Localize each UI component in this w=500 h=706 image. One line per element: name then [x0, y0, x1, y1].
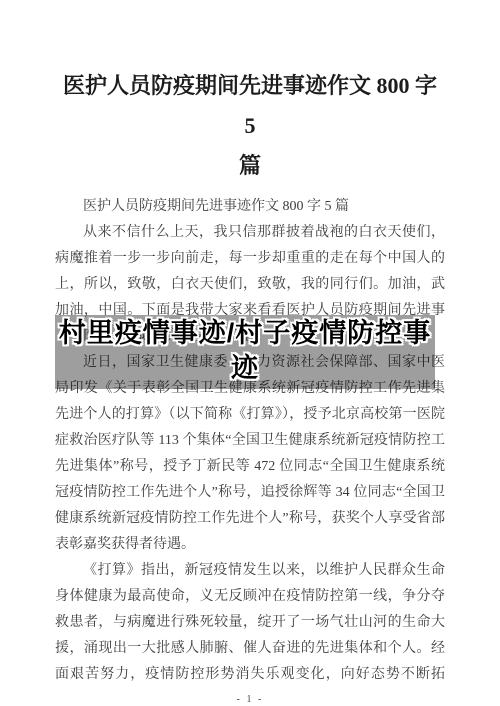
overlay-ad-text-line2: 迹: [55, 351, 435, 386]
doc-line: 医护人员防疫期间先进事迹作文 800 字 5 篇: [55, 194, 445, 220]
title-line: 医护人员防疫期间先进事迹作文 800 字 5: [55, 66, 445, 146]
doc-line: 援，涌现出一大批感人肺腑、催人奋进的先进集体和个人。经各方: [55, 636, 445, 662]
doc-line: 从来不信什么上天，我只信那群披着战袍的白衣天使们，他们被: [55, 220, 445, 246]
overlay-ad-banner[interactable]: 村里疫情事迹/村子疫情防控事 迹: [55, 315, 435, 389]
doc-line: 先进个人的打算》（以下简称《打算》），授予北京高校第一医院重: [55, 402, 445, 428]
doc-line: 先进集体”称号，授予丁新民等 472 位同志“全国卫生健康系统新: [55, 454, 445, 480]
doc-line: 病魔推着一步一步向前走，每一步却重重的走在每个中国人的心: [55, 246, 445, 272]
doc-line: 症救治医疗队等 113 个集体“全国卫生健康系统新冠疫情防控工作: [55, 428, 445, 454]
doc-line: 面艰苦努力，疫情防控形势消失乐观变化，向好态势不断拓展。: [55, 662, 445, 688]
doc-line: 冠疫情防控工作先进个人”称号，追授徐辉等 34 位同志“全国卫生: [55, 480, 445, 506]
overlay-ad-text-line1: 村里疫情事迹/村子疫情防控事: [55, 316, 435, 351]
doc-line: 健康系统新冠疫情防控工作先进个人”称号，获奖个人享受省部级: [55, 506, 445, 532]
doc-line: 《打算》指出，新冠疫情发生以来，以维护人民群众生命平安和: [55, 558, 445, 584]
document-title: 医护人员防疫期间先进事迹作文 800 字 5篇: [0, 0, 500, 186]
title-line: 篇: [55, 146, 445, 186]
doc-line: 表彰嘉奖获得者待遇。: [55, 532, 445, 558]
doc-line: 救患者，与病魔进行殊死较量，绽开了一场气壮山河的生命大救: [55, 610, 445, 636]
document-body: 医护人员防疫期间先进事迹作文 800 字 5 篇从来不信什么上天，我只信那群披着…: [55, 194, 445, 688]
page-number: - 1 -: [0, 694, 500, 705]
document-page: 医护人员防疫期间先进事迹作文 800 字 5篇 医护人员防疫期间先进事迹作文 8…: [0, 0, 500, 706]
doc-line: 身体健康为最高使命，义无反顾冲在疫情防控第一线，争分夺秒抢: [55, 584, 445, 610]
doc-line: 上，所以，致敬，白衣天使们，致敬，我的同行们。加油，武汉，: [55, 272, 445, 298]
